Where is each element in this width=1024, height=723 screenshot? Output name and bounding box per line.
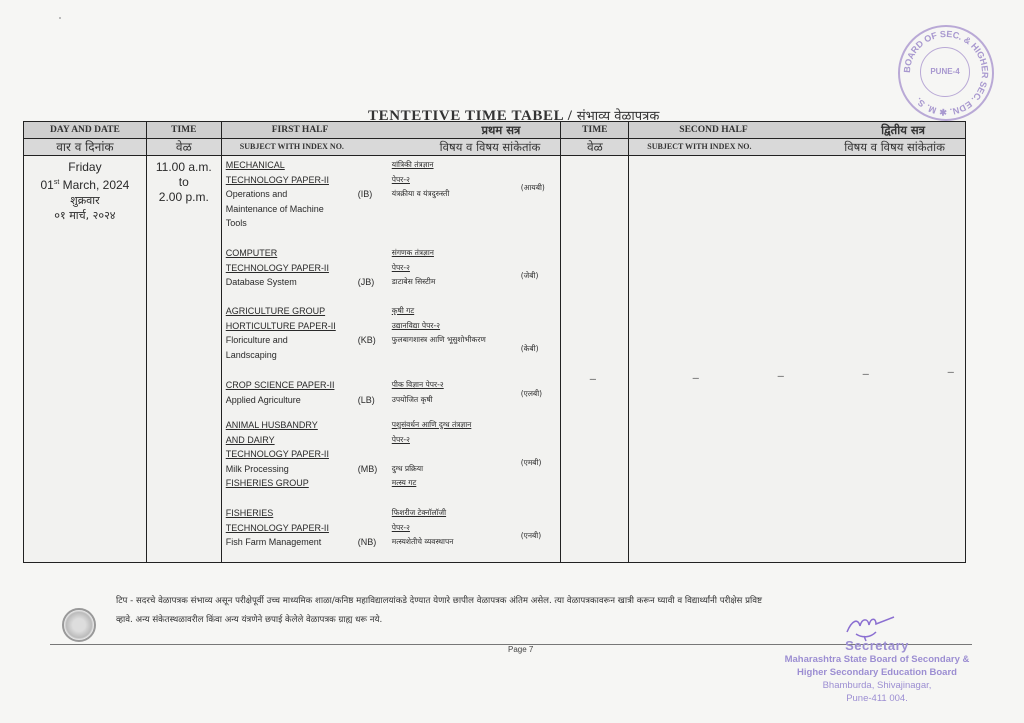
signatory-title: Secretary xyxy=(772,638,982,653)
subject-marathi: पशुसंवर्धन आणि दुग्ध तंत्रज्ञानपेपर-२ दु… xyxy=(392,418,517,491)
index-code: (KB) xyxy=(358,333,376,348)
second-half-mr: द्वितीय सत्र xyxy=(881,122,965,138)
subject-english: MECHANICALTECHNOLOGY PAPER-IIOperations … xyxy=(226,158,356,231)
header-subject-2: SUBJECT WITH INDEX NO.विषय व विषय सांकेत… xyxy=(629,139,966,156)
header-time2-mr: वेळ xyxy=(561,139,629,156)
placeholder-dash: --- xyxy=(947,367,953,377)
stamp-line-1: Maharashtra State Board of Secondary & xyxy=(772,653,982,666)
index-code: (LB) xyxy=(358,393,375,408)
header-second-half: SECOND HALFद्वितीय सत्र xyxy=(629,122,966,139)
header-time: TIME xyxy=(146,122,221,139)
index-code: (JB) xyxy=(358,275,375,290)
subject2-header-mr: विषय व विषय सांकेतांक xyxy=(844,139,965,155)
index-code: (MB) xyxy=(358,462,378,477)
subject-header-en: SUBJECT WITH INDEX NO. xyxy=(222,139,344,155)
index-code-marathi: (जेबी) xyxy=(521,269,539,284)
first-half-mr: प्रथम सत्र xyxy=(481,122,560,138)
subject-english: ANIMAL HUSBANDRYAND DAIRYTECHNOLOGY PAPE… xyxy=(226,418,356,491)
header-time-mr: वेळ xyxy=(146,139,221,156)
header-time-2: TIME xyxy=(561,122,629,139)
first-half-subjects-cell: MECHANICALTECHNOLOGY PAPER-IIOperations … xyxy=(221,156,561,563)
header-day-date-mr: वार व दिनांक xyxy=(24,139,147,156)
day-mr: शुक्रवार xyxy=(24,193,146,208)
time-from: 11.00 a.m. xyxy=(147,160,221,175)
placeholder-dash: --- xyxy=(862,369,868,379)
index-code-marathi: (एमबी) xyxy=(521,456,542,471)
time-to: to xyxy=(147,175,221,190)
document-page: BOARD OF SEC. & HIGHER SEC. EDN. ✱ M. S.… xyxy=(0,0,1024,723)
index-code-marathi: (एनबी) xyxy=(521,529,541,544)
day-en: Friday xyxy=(24,160,146,175)
date-mr: ०१ मार्च, २०२४ xyxy=(24,208,146,223)
index-code: (IB) xyxy=(358,187,373,202)
subject-english: AGRICULTURE GROUPHORTICULTURE PAPER-IIFl… xyxy=(226,304,356,362)
table-row: Friday 01st March, 2024 शुक्रवार ०१ मार्… xyxy=(24,156,966,563)
seal-center-text: PUNE-4 xyxy=(920,47,970,97)
placeholder-dash: --- xyxy=(692,373,698,383)
second-half-en: SECOND HALF xyxy=(629,122,747,138)
date-en: 01st March, 2024 xyxy=(24,175,146,193)
placeholder-dash: --- xyxy=(777,371,783,381)
subject-marathi: यांत्रिकी तंत्रज्ञानपेपर-२यंत्रक्रीया व … xyxy=(392,158,517,202)
time-cell: 11.00 a.m. to 2.00 p.m. xyxy=(146,156,221,563)
subject-header-mr: विषय व विषय सांकेतांक xyxy=(440,139,561,155)
subject-marathi: कृषी गटउद्यानविद्या पेपर-२फुलबागशास्त्र … xyxy=(392,304,517,348)
subject-english: FISHERIESTECHNOLOGY PAPER-IIFish Farm Ma… xyxy=(226,506,356,550)
first-half-en: FIRST HALF xyxy=(222,122,329,138)
index-code-marathi: (एलबी) xyxy=(521,387,542,402)
subject-marathi: पीक विज्ञान पेपर-२उपयोजित कृषी xyxy=(392,378,517,407)
second-time-cell: --- xyxy=(561,156,629,563)
subject-english: COMPUTERTECHNOLOGY PAPER-IIDatabase Syst… xyxy=(226,246,356,290)
index-code-marathi: (आयबी) xyxy=(521,181,545,196)
subject-english: CROP SCIENCE PAPER-IIApplied Agriculture xyxy=(226,378,356,407)
board-seal-stamp: BOARD OF SEC. & HIGHER SEC. EDN. ✱ M. S.… xyxy=(898,25,994,121)
subject2-header-en: SUBJECT WITH INDEX NO. xyxy=(629,139,751,155)
subject-marathi: संगणक तंत्रज्ञानपेपर-२डाटाबेस सिस्टीम xyxy=(392,246,517,290)
timetable: DAY AND DATE TIME FIRST HALFप्रथम सत्र T… xyxy=(23,121,966,563)
placeholder-dash: --- xyxy=(589,374,595,384)
header-day-date: DAY AND DATE xyxy=(24,122,147,139)
day-date-cell: Friday 01st March, 2024 शुक्रवार ०१ मार्… xyxy=(24,156,147,563)
index-code-marathi: (केबी) xyxy=(521,342,539,357)
stamp-line-3: Bhamburda, Shivajinagar, xyxy=(772,679,982,692)
time-until: 2.00 p.m. xyxy=(147,190,221,205)
index-code: (NB) xyxy=(358,535,377,550)
subject-marathi: फिशरीज टेक्नॉलॉजीपेपर-२मत्स्यशेतीचे व्यव… xyxy=(392,506,517,550)
footnote-line-1: टिप - सदरचे वेळापत्रक संभाव्य असून परीक्… xyxy=(116,592,1016,611)
page-number: Page 7 xyxy=(508,645,533,654)
header-first-half: FIRST HALFप्रथम सत्र xyxy=(221,122,561,139)
stamp-line-4: Pune-411 004. xyxy=(772,692,982,705)
board-emblem-icon xyxy=(62,608,96,642)
scan-speck xyxy=(59,17,61,19)
second-half-subjects-cell: --- --- --- --- xyxy=(629,156,966,563)
header-subject: SUBJECT WITH INDEX NO.विषय व विषय सांकेत… xyxy=(221,139,561,156)
secretary-stamp: Secretary Maharashtra State Board of Sec… xyxy=(772,638,982,705)
stamp-line-2: Higher Secondary Education Board xyxy=(772,666,982,679)
